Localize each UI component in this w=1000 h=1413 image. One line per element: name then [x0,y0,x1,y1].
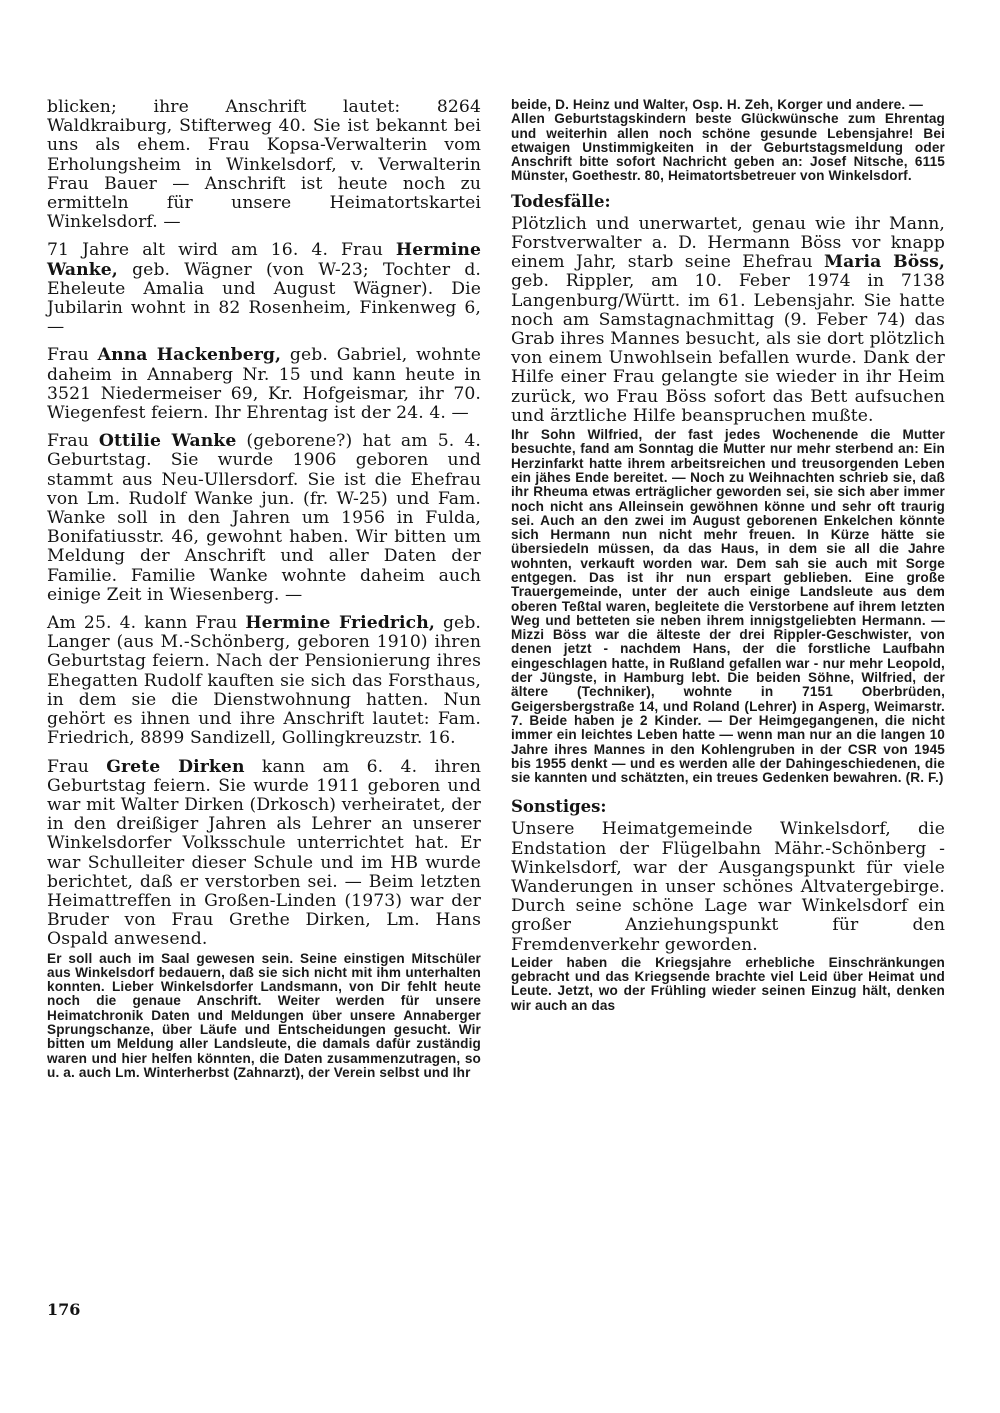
text: Frau [47,757,106,777]
right-column: beide, D. Heinz und Walter, Osp. H. Zeh,… [511,98,945,1013]
person-name: Ottilie Wanke [99,431,236,451]
text: 71 Jahre alt wird am 16. 4. Frau [47,240,396,260]
text: geb. Rippler, am 10. Feber 1974 in 7138 … [511,271,945,425]
text: Frau [47,345,98,365]
text: (geborene?) hat am 5. 4. Geburtstag. Sie… [47,431,481,605]
paragraph-grete-dirken: Frau Grete Dirken kann am 6. 4. ihren Ge… [47,758,481,950]
section-heading-misc: Sonstiges: [511,797,945,817]
text: kann am 6. 4. ihren Geburtstag feiern. S… [47,757,481,950]
person-name: Hermine Friedrich, [245,613,435,633]
text: Am 25. 4. kann Frau [47,613,245,633]
paragraph-birthday-wishes: Allen Geburtstagskindern beste Glückwüns… [511,112,945,183]
paragraph-maria-boess: Plötzlich und unerwartet, genau wie ihr … [511,215,945,426]
person-name: Anna Hackenberg, [98,345,281,365]
paragraph-anna-hackenberg: Frau Anna Hackenberg, geb. Gabriel, wohn… [47,346,481,423]
paragraph-hermine-friedrich: Am 25. 4. kann Frau Hermine Friedrich, g… [47,614,481,748]
paragraph-address-kopsa: blicken; ihre Anschrift lautet: 8264 Wal… [47,98,481,232]
paragraph-obituary-details: Ihr Sohn Wilfried, der fast jedes Wochen… [511,428,945,785]
paragraph-winkelsdorf: Unsere Heimatgemeinde Winkelsdorf, die E… [511,820,945,954]
person-name: Maria Böss, [824,252,945,272]
paragraph-ottilie-wanke: Frau Ottilie Wanke (geborene?) hat am 5.… [47,432,481,605]
text: Frau [47,431,99,451]
text: geb. Langer (aus M.-Schönberg, geboren 1… [47,613,481,748]
page-number: 176 [47,1300,80,1319]
paragraph-heimatchronik: Er soll auch im Saal gewesen sein. Seine… [47,952,481,1081]
paragraph-names-continued: beide, D. Heinz und Walter, Osp. H. Zeh,… [511,98,945,112]
section-heading-deaths: Todesfälle: [511,192,945,212]
left-column: blicken; ihre Anschrift lautet: 8264 Wal… [47,98,481,1080]
paragraph-hermine-wanke: 71 Jahre alt wird am 16. 4. Frau Hermine… [47,241,481,337]
person-name: Grete Dirken [106,757,244,777]
paragraph-kriegsjahre: Leider haben die Kriegsjahre erhebliche … [511,956,945,1013]
